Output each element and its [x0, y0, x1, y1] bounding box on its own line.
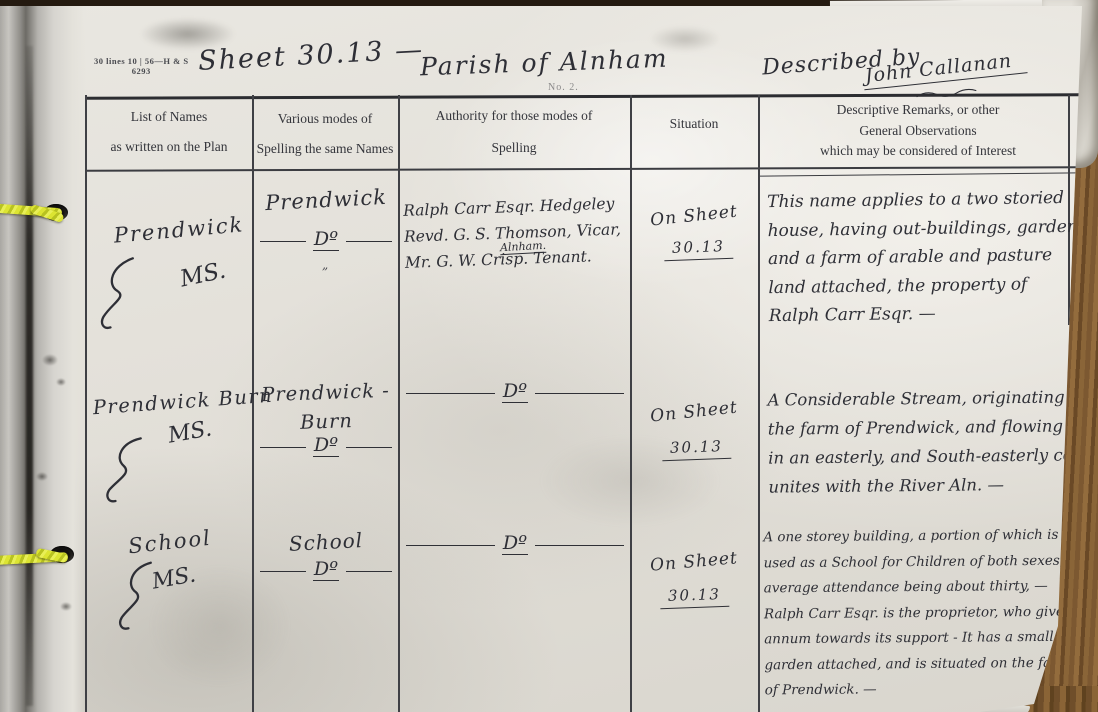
entry-name-prendwick-burn: Prendwick Burn — [87, 383, 278, 419]
ditto-mark: Dº — [406, 384, 624, 403]
binding-gutter — [0, 6, 86, 712]
ditto-text: Dº — [502, 536, 528, 555]
header-descriptive-remarks: Descriptive Remarks, or other General Ob… — [762, 100, 1074, 162]
column-rule — [758, 95, 760, 712]
parish-title: Parish of Alnham — [420, 44, 669, 82]
binding-crease — [26, 46, 33, 706]
bracket-flourish — [88, 252, 148, 337]
paper-dent — [56, 378, 66, 386]
ditto-mark: Dº — [260, 562, 392, 581]
stamp-line: 30 lines 10 | 56—H & S — [94, 56, 189, 66]
bracket-flourish — [105, 553, 168, 639]
authority-interline: Alnham. — [500, 239, 547, 255]
column-rule — [85, 95, 87, 712]
situation-on-sheet: On Sheet — [637, 396, 750, 428]
bracket-flourish — [91, 426, 156, 514]
situation-on-sheet: On Sheet — [637, 547, 750, 577]
printer-stamp: 30 lines 10 | 56—H & S 6293 — [94, 56, 189, 76]
header-authority: Authority for those modes of Spelling — [402, 100, 626, 164]
ditto-text: Dº — [313, 232, 339, 251]
name-book-page: 30 lines 10 | 56—H & S 6293 Sheet 30.13 … — [0, 6, 1086, 712]
spelling-school: School — [257, 526, 394, 557]
manuscript-mark: MS. — [178, 258, 228, 293]
remarks-prendwick-burn: A Considerable Stream, originating on th… — [767, 382, 1076, 501]
sheet-number: Sheet 30.13 — — [197, 34, 424, 77]
manuscript-mark: MS. — [166, 416, 213, 448]
column-rule — [398, 95, 400, 712]
entry-name-prendwick: Prendwick — [93, 211, 264, 250]
scanned-ledger-photo: 30 lines 10 | 56—H & S 6293 Sheet 30.13 … — [0, 0, 1098, 712]
header-bottom-rule — [85, 166, 1080, 171]
ditto-mark: Dº — [260, 438, 392, 457]
situation-on-sheet: On Sheet — [637, 200, 750, 232]
described-by-block: Described by John Callanan — [761, 45, 921, 81]
authority-entry: Ralph Carr Esqr. Hedgeley Revd. G. S. Th… — [403, 190, 630, 276]
ditto-text: Dº — [502, 384, 528, 403]
tiny-tick-mark: „ — [322, 258, 328, 272]
column-rule — [630, 95, 632, 712]
spelling-prendwick: Prendwick — [257, 184, 394, 215]
paper-dent — [36, 472, 48, 481]
remarks-school: A one storey building, a portion of whic… — [763, 523, 1081, 704]
header-situation: Situation — [634, 116, 754, 132]
paper-dent — [60, 602, 72, 611]
printed-page-number: No. 2. — [548, 82, 579, 93]
situation-sheet-number: 30.13 — [660, 585, 730, 609]
remarks-double-rule — [760, 172, 1078, 177]
header-spelling-modes: Various modes of Spelling the same Names — [256, 104, 394, 164]
situation-sheet-number: 30.13 — [664, 237, 734, 261]
ditto-text: Dº — [313, 438, 339, 457]
signature-flourish — [914, 84, 985, 101]
header-list-of-names: List of Names as written on the Plan — [90, 102, 248, 162]
ditto-text: Dº — [313, 562, 339, 581]
remarks-prendwick: This name applies to a two storied house… — [767, 184, 1075, 331]
ditto-mark: Dº — [406, 536, 624, 555]
paper-dent — [42, 354, 58, 366]
ditto-mark: Dº — [260, 232, 392, 251]
spelling-prendwick-burn: Prendwick - Burn — [257, 376, 395, 439]
situation-sheet-number: 30.13 — [662, 437, 732, 461]
stamp-number: 6293 — [94, 66, 189, 76]
